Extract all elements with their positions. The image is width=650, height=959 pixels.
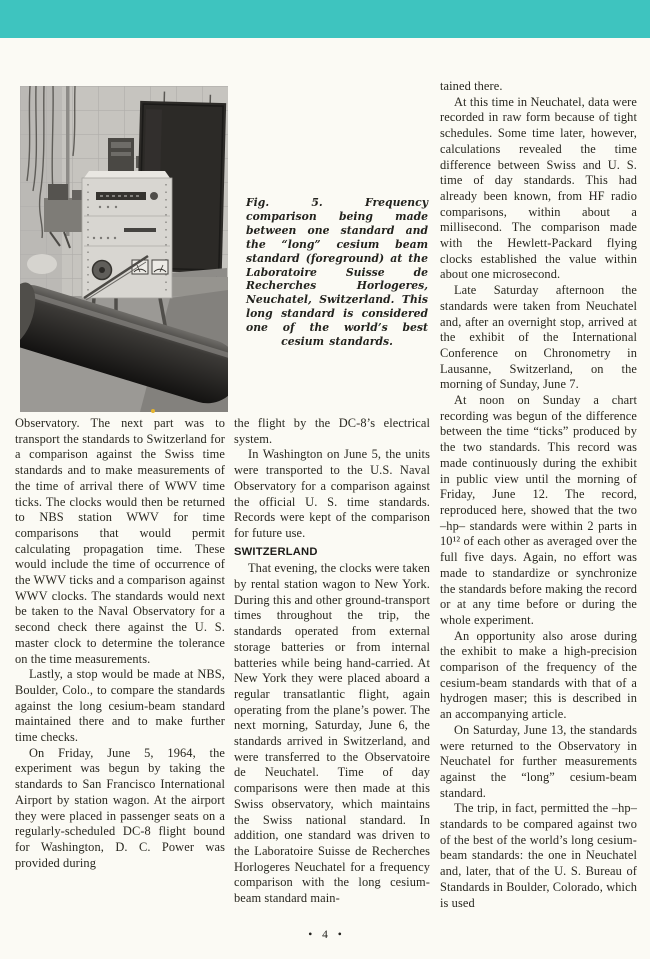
paragraph: That evening, the clocks were taken by r… <box>234 561 430 906</box>
paragraph: tained there. <box>440 79 637 95</box>
top-band <box>0 0 650 38</box>
white-cloth <box>27 254 57 274</box>
paragraph: Observatory. The next part was to transp… <box>15 416 225 667</box>
paragraph: On Friday, June 5, 1964, the experiment … <box>15 746 225 872</box>
instrument-rack <box>82 171 172 300</box>
paragraph: The trip, in fact, permitted the –hp– st… <box>440 801 637 911</box>
magazine-page: Fig. 5. Frequency comparison being made … <box>0 0 650 959</box>
print-speck <box>151 409 155 413</box>
column-right: tained there.At this time in Neuchatel, … <box>440 79 637 911</box>
paragraph: Lastly, a stop would be made at NBS, Bou… <box>15 667 225 746</box>
paragraph: Late Saturday afternoon the standards we… <box>440 283 637 393</box>
paragraph: At noon on Sunday a chart recording was … <box>440 393 637 629</box>
section-heading: SWITZERLAND <box>234 545 430 561</box>
rack-display <box>96 192 146 200</box>
paragraph: At this time in Neuchatel, data were rec… <box>440 95 637 283</box>
paragraph: In Washington on June 5, the units were … <box>234 447 430 541</box>
paragraph: On Saturday, June 13, the standards were… <box>440 723 637 802</box>
rack-knob <box>93 261 112 280</box>
page-number: • 4 • <box>0 929 650 941</box>
paragraph: the flight by the DC-8’s electrical syst… <box>234 416 430 447</box>
small-knob <box>150 192 158 200</box>
lab-photo-illustration <box>20 86 228 412</box>
figure-caption: Fig. 5. Frequency comparison being made … <box>246 196 428 349</box>
column-middle: the flight by the DC-8’s electrical syst… <box>234 416 430 907</box>
figure-photo <box>20 86 228 412</box>
paragraph: An opportunity also arose during the exh… <box>440 629 637 723</box>
panel-slot <box>124 228 156 232</box>
column-left: Observatory. The next part was to transp… <box>15 416 225 871</box>
